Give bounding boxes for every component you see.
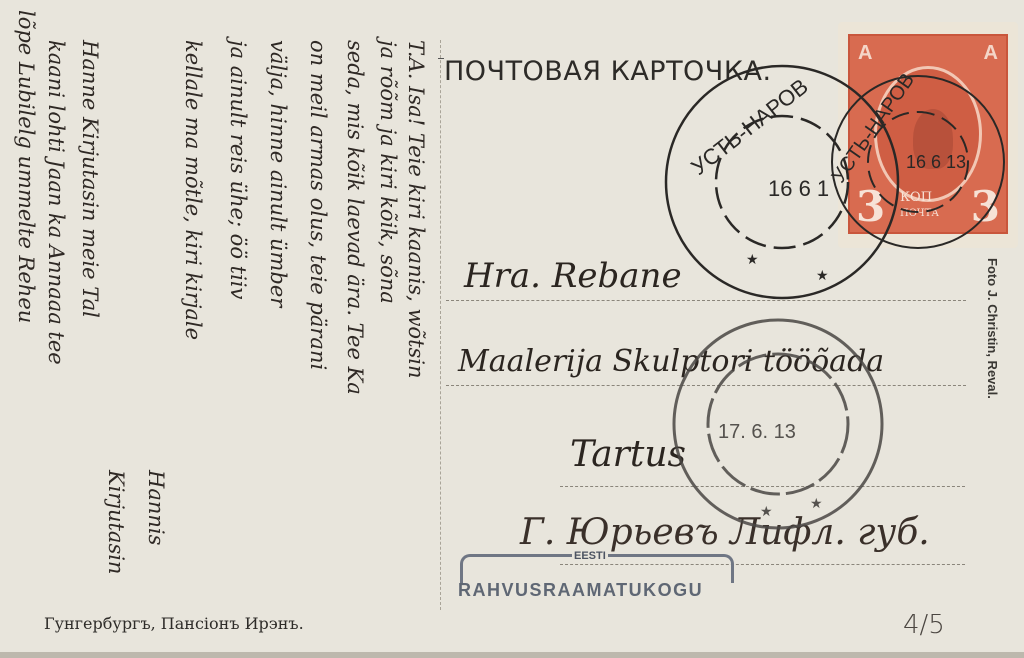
message-line: on meil armas olus, teie pärani [306,40,330,70]
svg-text:★: ★ [746,251,759,267]
message-line: seda, mis kõik laevad ära. Tee Ka [343,40,367,70]
svg-text:16 6 13: 16 6 13 [906,152,966,172]
svg-text:★: ★ [810,495,823,511]
message-line: lõpe Lubilelg ummelte Reheu [14,10,38,40]
message-line: välja, hinne ainult ümber [266,40,290,70]
postcard: T.A. Isa! Teie kiri kaanis, wõtsin ja rõ… [0,0,1024,658]
message-line: kellale ma mõtle, kiri kirjale [181,40,205,70]
message-line: kaani lohti Jaan ka Annaaa tee [44,40,68,70]
message-line: ja ainult reis ühe; öö tiiv [226,40,250,70]
photographer-text: Foto J. Christin, Reval. [985,258,1000,399]
svg-text:★: ★ [816,267,829,283]
library-stamp-name: RAHVUSRAAMATUKOGU [458,580,703,601]
address-recipient: Hra. Rebane [464,256,682,296]
photographer-credit: Foto J. Christin, Reval. [982,258,1006,458]
message-line: Hannis [144,470,168,500]
photo-caption: Гунгербургъ, Пансіонъ Ирэнъ. [44,614,304,633]
postmark-ust-narova: 16 6 1 16 6 13 УСТЬ-НАРОВ УСТЬ-НАРОВ ★ ★ [660,60,1024,320]
svg-text:★: ★ [760,503,773,519]
svg-text:17. 6. 13: 17. 6. 13 [718,421,796,443]
message-line: ja rõõm ja kiri kõik, sõna [376,40,400,70]
center-divider [440,40,441,610]
postmark-date-1: 16 6 1 [768,176,829,201]
postmark-arrival: 17. 6. 13 ★ ★ [660,312,890,542]
library-stamp-top: EESTI [572,550,608,562]
message-line: Kirjutasin [104,470,128,500]
message-line: Hanne Kirjutasin meie Tal [78,40,102,70]
svg-text:УСТЬ-НАРОВ: УСТЬ-НАРОВ [686,74,812,180]
inventory-mark: 4/5 [903,610,945,640]
message-line: T.A. Isa! Teie kiri kaanis, wõtsin [404,40,428,70]
